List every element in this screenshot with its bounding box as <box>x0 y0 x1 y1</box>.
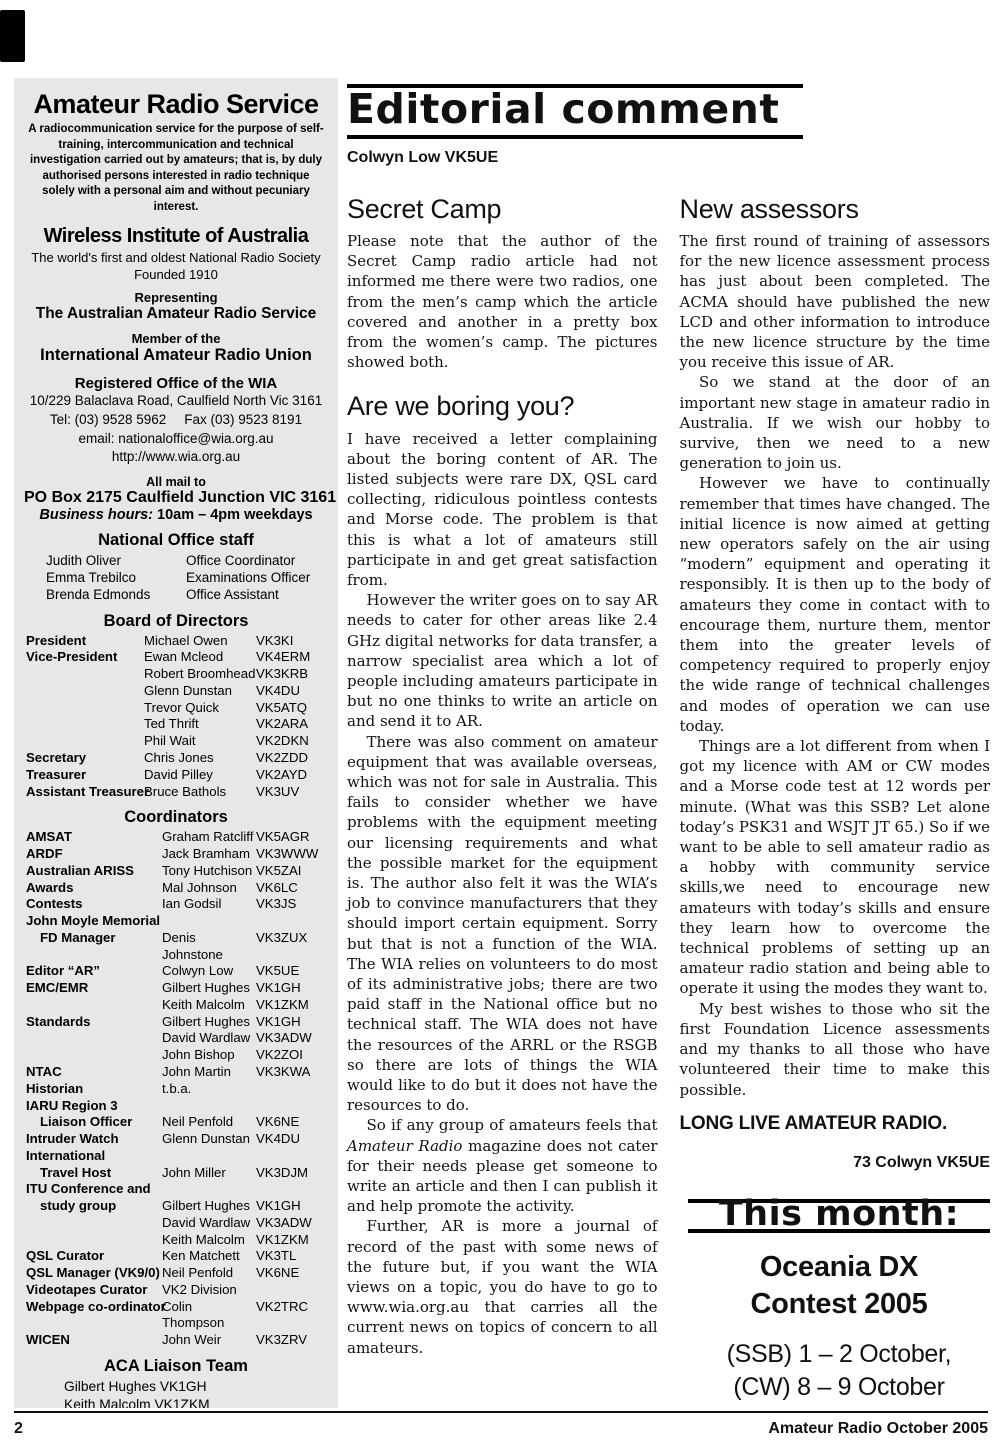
staff-row: Brenda Edmonds Office Assistant <box>24 586 328 603</box>
office-email: email: nationaloffice@wia.org.au <box>24 430 328 449</box>
editorial-title: Editorial comment <box>347 89 803 131</box>
event-dates-line2: (CW) 8 – 9 October <box>733 1373 944 1401</box>
board-row: Vice-President Ewan Mcleod VK4ERM <box>24 649 328 666</box>
coordinator-row: Editor “AR” Colwyn Low VK5UE <box>24 963 328 980</box>
aca-heading: ACA Liaison Team <box>24 1357 328 1376</box>
board-name: Chris Jones <box>144 750 256 767</box>
coordinator-row: QSL Manager (VK9/0) Neil Penfold VK6NE <box>24 1265 328 1282</box>
board-row: Robert Broomhead VK3KRB <box>24 666 328 683</box>
coordinator-role: IARU Region 3 <box>26 1098 162 1115</box>
board-name: Trevor Quick <box>144 700 256 717</box>
coordinator-name: Ian Godsil <box>162 896 256 913</box>
coordinator-role: AMSAT <box>26 829 162 846</box>
coordinator-callsign: VK3JS <box>256 896 326 913</box>
coordinator-callsign <box>256 1282 326 1299</box>
section-are-we-boring-you: Are we boring you? I have received a let… <box>347 392 658 1358</box>
paragraph: Further, AR is more a journal of record … <box>347 1216 658 1357</box>
event-name-line1: Oceania DX <box>688 1249 990 1286</box>
office-website: http://www.wia.org.au <box>24 448 328 467</box>
staff-heading: National Office staff <box>24 531 328 550</box>
coordinator-callsign: VK6NE <box>256 1265 326 1282</box>
member-value: International Amateur Radio Union <box>24 346 328 365</box>
coordinator-name: Gilbert Hughes <box>162 1198 256 1215</box>
board-name: Ewan Mcleod <box>144 649 256 666</box>
coordinator-role: John Moyle Memorial <box>26 913 162 930</box>
secret-camp-body: Please note that the author of the Secre… <box>347 231 658 372</box>
coordinator-name <box>162 1098 256 1115</box>
page-footer: 2 Amateur Radio October 2005 <box>14 1411 988 1438</box>
coordinator-name: Jack Bramham <box>162 846 256 863</box>
boring-body: I have received a letter complaining abo… <box>347 429 658 1358</box>
coordinator-row: Awards Mal Johnson VK6LC <box>24 880 328 897</box>
coordinator-name: John Bishop <box>162 1047 256 1064</box>
board-name: Phil Wait <box>144 733 256 750</box>
board-heading: Board of Directors <box>24 612 328 631</box>
editorial-column-1: Secret Camp Please note that the author … <box>347 195 658 1404</box>
board-callsign: VK2AYD <box>256 767 326 784</box>
event-dates-line1: (SSB) 1 – 2 October, <box>727 1340 952 1368</box>
board-row: Secretary Chris Jones VK2ZDD <box>24 750 328 767</box>
board-callsign: VK4DU <box>256 683 326 700</box>
coordinator-row: EMC/EMR Gilbert Hughes VK1GH <box>24 980 328 997</box>
mail-label: All mail to <box>24 475 328 489</box>
coordinator-name: Gilbert Hughes <box>162 1014 256 1031</box>
coordinator-row: Travel Host John Miller VK3DJM <box>24 1165 328 1182</box>
office-tel: Tel: (03) 9528 5962 <box>50 412 166 427</box>
staff-role: Office Coordinator <box>186 552 295 569</box>
coordinator-name: Denis Johnstone <box>162 930 256 964</box>
coordinator-role: EMC/EMR <box>26 980 162 997</box>
coordinator-role: study group <box>26 1198 162 1215</box>
aca-list: Gilbert Hughes VK1GH Keith Malcolm VK1ZK… <box>24 1378 328 1408</box>
coordinator-callsign <box>256 1098 326 1115</box>
board-role: Vice-President <box>26 649 144 666</box>
coordinator-row: Liaison Officer Neil Penfold VK6NE <box>24 1114 328 1131</box>
sidebar-info-box: Amateur Radio Service A radiocommunicati… <box>14 78 338 1408</box>
paragraph: My best wishes to those who sit the firs… <box>680 999 991 1100</box>
representing-label: Representing <box>24 290 328 305</box>
coordinator-name: Colwyn Low <box>162 963 256 980</box>
board-row: Treasurer David Pilley VK2AYD <box>24 767 328 784</box>
paragraph: Please note that the author of the Secre… <box>347 231 658 372</box>
coordinator-callsign: VK3ZRV <box>256 1332 326 1349</box>
board-callsign: VK3KRB <box>256 666 326 683</box>
board-name: Ted Thrift <box>144 716 256 733</box>
board-name: Michael Owen <box>144 633 256 650</box>
coordinator-role: Awards <box>26 880 162 897</box>
po-box: PO Box 2175 Caulfield Junction VIC 3161 <box>24 489 328 507</box>
coordinators-heading: Coordinators <box>24 808 328 827</box>
coordinator-name <box>162 1181 256 1198</box>
aca-member: Keith Malcolm VK1ZKM <box>24 1396 328 1408</box>
paragraph: So if any group of amateurs feels that A… <box>347 1115 658 1216</box>
board-role: Secretary <box>26 750 144 767</box>
board-role <box>26 683 144 700</box>
coordinator-name: John Martin <box>162 1064 256 1081</box>
coordinator-role: Liaison Officer <box>26 1114 162 1131</box>
coordinator-role <box>26 1030 162 1047</box>
coordinator-callsign <box>256 1181 326 1198</box>
coordinator-role: NTAC <box>26 1064 162 1081</box>
slogan: LONG LIVE AMATEUR RADIO. <box>680 1114 991 1134</box>
paragraph: Things are a lot different from when I g… <box>680 736 991 999</box>
board-name: David Pilley <box>144 767 256 784</box>
board-name: Robert Broomhead <box>144 666 256 683</box>
coordinator-callsign <box>256 1148 326 1165</box>
staff-role: Office Assistant <box>186 586 279 603</box>
coordinator-role: International <box>26 1148 162 1165</box>
coordinator-row: Keith Malcolm VK1ZKM <box>24 1232 328 1249</box>
coordinator-callsign: VK3TL <box>256 1248 326 1265</box>
coordinator-row: John Moyle Memorial <box>24 913 328 930</box>
staff-row: Emma Trebilco Examinations Officer <box>24 569 328 586</box>
coordinator-callsign: VK3ZUX <box>256 930 326 964</box>
office-phone-line: Tel: (03) 9528 5962Fax (03) 9523 8191 <box>24 411 328 430</box>
coordinator-row: Standards Gilbert Hughes VK1GH <box>24 1014 328 1031</box>
coordinator-row: IARU Region 3 <box>24 1098 328 1115</box>
board-callsign: VK3KI <box>256 633 326 650</box>
coordinator-name: Colin Thompson <box>162 1299 256 1333</box>
staff-name: Brenda Edmonds <box>46 586 186 603</box>
board-role <box>26 733 144 750</box>
coordinator-role: Australian ARISS <box>26 863 162 880</box>
magazine-name: Amateur Radio October 2005 <box>768 1420 988 1438</box>
org-title: Wireless Institute of Australia <box>24 225 328 248</box>
coordinator-name: Keith Malcolm <box>162 1232 256 1249</box>
coordinator-callsign: VK3WWW <box>256 846 326 863</box>
coordinator-role <box>26 1215 162 1232</box>
paragraph: There was also comment on amateur equipm… <box>347 732 658 1116</box>
staff-name: Emma Trebilco <box>46 569 186 586</box>
service-description: A radiocommunication service for the pur… <box>28 122 324 215</box>
board-callsign: VK2DKN <box>256 733 326 750</box>
board-role <box>26 666 144 683</box>
board-callsign: VK2ZDD <box>256 750 326 767</box>
board-role <box>26 716 144 733</box>
coordinator-callsign: VK3ADW <box>256 1030 326 1047</box>
business-hours: Business hours: 10am – 4pm weekdays <box>24 507 328 523</box>
board-row: Trevor Quick VK5ATQ <box>24 700 328 717</box>
coordinator-name: Neil Penfold <box>162 1114 256 1131</box>
coordinator-row: Keith Malcolm VK1ZKM <box>24 997 328 1014</box>
coordinator-callsign: VK1GH <box>256 980 326 997</box>
board-role: Assistant Treasurer <box>26 784 144 801</box>
coordinator-row: QSL Curator Ken Matchett VK3TL <box>24 1248 328 1265</box>
coordinator-row: David Wardlaw VK3ADW <box>24 1030 328 1047</box>
coordinator-role: QSL Manager (VK9/0) <box>26 1265 162 1282</box>
editorial-byline: Colwyn Low VK5UE <box>347 149 990 167</box>
board-role <box>26 700 144 717</box>
board-row: President Michael Owen VK3KI <box>24 633 328 650</box>
coordinator-name: Gilbert Hughes <box>162 980 256 997</box>
coordinator-callsign: VK2TRC <box>256 1299 326 1333</box>
editorial-column-2: New assessors The first round of trainin… <box>680 195 991 1404</box>
paragraph: I have received a letter complaining abo… <box>347 429 658 591</box>
coordinator-role: QSL Curator <box>26 1248 162 1265</box>
coordinator-callsign <box>256 913 326 930</box>
coordinator-role <box>26 997 162 1014</box>
paragraph: However we have to continually remember … <box>680 473 991 736</box>
coordinator-role: Standards <box>26 1014 162 1031</box>
coordinator-row: John Bishop VK2ZOI <box>24 1047 328 1064</box>
board-row: Glenn Dunstan VK4DU <box>24 683 328 700</box>
editorial-article: Editorial comment Colwyn Low VK5UE Secre… <box>347 84 990 1404</box>
coordinator-row: Videotapes Curator VK2 Division <box>24 1282 328 1299</box>
board-callsign: VK2ARA <box>256 716 326 733</box>
coordinator-role: Webpage co-ordinator <box>26 1299 162 1333</box>
org-founded: Founded 1910 <box>24 267 328 282</box>
board-row: Ted Thrift VK2ARA <box>24 716 328 733</box>
coordinator-role: Videotapes Curator <box>26 1282 162 1299</box>
coordinator-row: NTAC John Martin VK3KWA <box>24 1064 328 1081</box>
member-label: Member of the <box>24 331 328 346</box>
staff-row: Judith Oliver Office Coordinator <box>24 552 328 569</box>
this-month-box: This month: Oceania DX Contest 2005 (SSB… <box>688 1199 990 1403</box>
coordinator-name: t.b.a. <box>162 1081 256 1098</box>
business-hours-value: 10am – 4pm weekdays <box>153 507 313 523</box>
editorial-header: Editorial comment <box>347 84 803 139</box>
coordinator-name: David Wardlaw <box>162 1215 256 1232</box>
new-assessors-heading: New assessors <box>680 195 991 224</box>
office-fax: Fax (03) 9523 8191 <box>184 412 302 427</box>
office-address: 10/229 Balaclava Road, Caulfield North V… <box>24 392 328 411</box>
coordinator-name: Ken Matchett <box>162 1248 256 1265</box>
coordinator-role: Contests <box>26 896 162 913</box>
coordinator-callsign: VK6NE <box>256 1114 326 1131</box>
coordinator-callsign: VK1ZKM <box>256 1232 326 1249</box>
section-secret-camp: Secret Camp Please note that the author … <box>347 195 658 373</box>
coordinator-callsign: VK1GH <box>256 1198 326 1215</box>
coordinator-row: AMSAT Graham Ratcliff VK5AGR <box>24 829 328 846</box>
page-number: 2 <box>14 1420 23 1438</box>
coordinator-role: Travel Host <box>26 1165 162 1182</box>
editorial-columns: Secret Camp Please note that the author … <box>347 195 990 1404</box>
coordinator-callsign <box>256 1081 326 1098</box>
coordinator-name: Mal Johnson <box>162 880 256 897</box>
section-new-assessors: New assessors The first round of trainin… <box>680 195 991 1100</box>
scan-artifact <box>0 10 25 62</box>
coordinator-name: Tony Hutchison <box>162 863 256 880</box>
coordinator-role <box>26 1232 162 1249</box>
event-dates: (SSB) 1 – 2 October, (CW) 8 – 9 October <box>688 1338 990 1404</box>
coordinator-callsign: VK4DU <box>256 1131 326 1148</box>
org-subtitle: The world's first and oldest National Ra… <box>24 250 328 267</box>
coordinator-role: Editor “AR” <box>26 963 162 980</box>
coordinator-row: David Wardlaw VK3ADW <box>24 1215 328 1232</box>
this-month-title: This month: <box>688 1204 990 1224</box>
paragraph: The first round of training of assessors… <box>680 231 991 372</box>
coordinator-name: Graham Ratcliff <box>162 829 256 846</box>
coordinator-row: Historian t.b.a. <box>24 1081 328 1098</box>
coordinator-row: WICEN John Weir VK3ZRV <box>24 1332 328 1349</box>
coordinators-list: AMSAT Graham Ratcliff VK5AGR ARDF Jack B… <box>24 829 328 1349</box>
board-callsign: VK3UV <box>256 784 326 801</box>
coordinator-callsign: VK1GH <box>256 1014 326 1031</box>
board-role: Treasurer <box>26 767 144 784</box>
this-month-header: This month: <box>688 1199 990 1233</box>
coordinator-row: Australian ARISS Tony Hutchison VK5ZAI <box>24 863 328 880</box>
magazine-page: Amateur Radio Service A radiocommunicati… <box>0 0 1000 1446</box>
board-role: President <box>26 633 144 650</box>
coordinator-callsign: VK6LC <box>256 880 326 897</box>
coordinator-row: Contests Ian Godsil VK3JS <box>24 896 328 913</box>
coordinator-role: Intruder Watch <box>26 1131 162 1148</box>
coordinator-name: John Weir <box>162 1332 256 1349</box>
board-row: Assistant Treasurer Bruce Bathols VK3UV <box>24 784 328 801</box>
board-list: President Michael Owen VK3KI Vice-Presid… <box>24 633 328 801</box>
coordinator-callsign: VK5ZAI <box>256 863 326 880</box>
board-row: Phil Wait VK2DKN <box>24 733 328 750</box>
coordinator-role: ARDF <box>26 846 162 863</box>
coordinator-row: Intruder Watch Glenn Dunstan VK4DU <box>24 1131 328 1148</box>
coordinator-callsign: VK5AGR <box>256 829 326 846</box>
staff-role: Examinations Officer <box>186 569 310 586</box>
coordinator-row: International <box>24 1148 328 1165</box>
board-name: Bruce Bathols <box>144 784 256 801</box>
coordinator-name <box>162 1148 256 1165</box>
coordinator-row: FD Manager Denis Johnstone VK3ZUX <box>24 930 328 964</box>
coordinator-name: David Wardlaw <box>162 1030 256 1047</box>
coordinator-role: ITU Conference and <box>26 1181 162 1198</box>
service-title: Amateur Radio Service <box>24 90 328 118</box>
coordinator-role: FD Manager <box>26 930 162 964</box>
signoff: 73 Colwyn VK5UE <box>680 1153 991 1173</box>
coordinator-name: Keith Malcolm <box>162 997 256 1014</box>
staff-list: Judith Oliver Office Coordinator Emma Tr… <box>24 552 328 604</box>
coordinator-callsign: VK2ZOI <box>256 1047 326 1064</box>
coordinator-name <box>162 913 256 930</box>
paragraph: However the writer goes on to say AR nee… <box>347 590 658 731</box>
coordinator-name: VK2 Division <box>162 1282 256 1299</box>
coordinator-callsign: VK5UE <box>256 963 326 980</box>
board-callsign: VK5ATQ <box>256 700 326 717</box>
coordinator-callsign: VK3DJM <box>256 1165 326 1182</box>
coordinator-callsign: VK3ADW <box>256 1215 326 1232</box>
board-callsign: VK4ERM <box>256 649 326 666</box>
coordinator-name: Neil Penfold <box>162 1265 256 1282</box>
event-name-line2: Contest 2005 <box>688 1286 990 1323</box>
coordinator-row: Webpage co-ordinator Colin Thompson VK2T… <box>24 1299 328 1333</box>
coordinator-row: ARDF Jack Bramham VK3WWW <box>24 846 328 863</box>
coordinator-role: Historian <box>26 1081 162 1098</box>
paragraph: So we stand at the door of an important … <box>680 372 991 473</box>
representing-value: The Australian Amateur Radio Service <box>24 305 328 323</box>
coordinator-callsign: VK1ZKM <box>256 997 326 1014</box>
secret-camp-heading: Secret Camp <box>347 195 658 224</box>
board-name: Glenn Dunstan <box>144 683 256 700</box>
aca-member: Gilbert Hughes VK1GH <box>24 1378 328 1396</box>
coordinator-callsign: VK3KWA <box>256 1064 326 1081</box>
coordinator-role <box>26 1047 162 1064</box>
coordinator-name: John Miller <box>162 1165 256 1182</box>
coordinator-row: study group Gilbert Hughes VK1GH <box>24 1198 328 1215</box>
coordinator-role: WICEN <box>26 1332 162 1349</box>
coordinator-name: Glenn Dunstan <box>162 1131 256 1148</box>
new-assessors-body: The first round of training of assessors… <box>680 231 991 1100</box>
staff-name: Judith Oliver <box>46 552 186 569</box>
boring-heading: Are we boring you? <box>347 392 658 421</box>
coordinator-row: ITU Conference and <box>24 1181 328 1198</box>
business-hours-label: Business hours: <box>39 507 153 523</box>
office-heading: Registered Office of the WIA <box>24 375 328 392</box>
